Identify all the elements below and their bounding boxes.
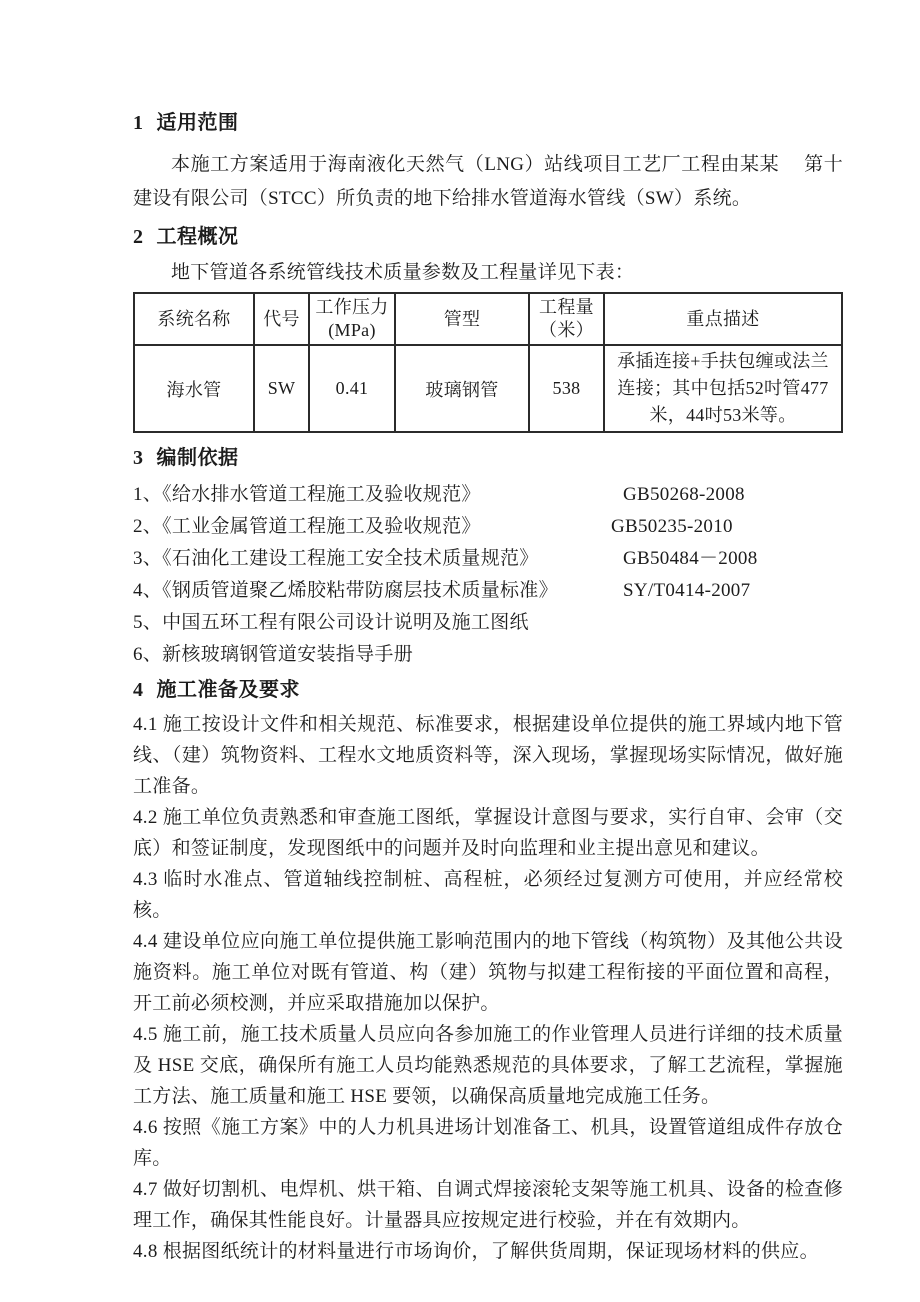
reference-label: 5、中国五环工程有限公司设计说明及施工图纸 — [133, 612, 529, 633]
table-header-row: 系统名称 代号 工作压力(MPa) 管型 工程量（米） 重点描述 — [134, 293, 842, 345]
clause-4-7: 4.7 做好切割机、电焊机、烘干箱、自调式焊接滚轮支架等施工机具、设备的检查修理… — [133, 1174, 843, 1236]
reference-label: 4、《钢质管道聚乙烯胶粘带防腐层技术质量标准》 — [133, 580, 558, 601]
reference-item: 4、《钢质管道聚乙烯胶粘带防腐层技术质量标准》 SY/T0414-2007 — [133, 575, 843, 607]
reference-label: 1、《给水排水管道工程施工及验收规范》 — [133, 484, 481, 505]
section-2-number: 2 — [133, 226, 144, 248]
reference-label: 6、新核玻璃钢管道安装指导手册 — [133, 644, 413, 665]
section-1-number: 1 — [133, 112, 144, 134]
section-1-heading: 1适用范围 — [133, 110, 843, 136]
clause-4-2: 4.2 施工单位负责熟悉和审查施工图纸，掌握设计意图与要求，实行自审、会审（交底… — [133, 802, 843, 864]
clause-4-1: 4.1 施工按设计文件和相关规范、标准要求，根据建设单位提供的施工界域内地下管线… — [133, 709, 843, 802]
reference-item: 5、中国五环工程有限公司设计说明及施工图纸 — [133, 607, 843, 639]
clause-4-3: 4.3 临时水准点、管道轴线控制桩、高程桩，必须经过复测方可使用，并应经常校核。 — [133, 864, 843, 926]
cell-pipe-type: 玻璃钢管 — [395, 345, 529, 432]
pipeline-parameters-table: 系统名称 代号 工作压力(MPa) 管型 工程量（米） 重点描述 — [133, 292, 843, 433]
reference-item: 6、新核玻璃钢管道安装指导手册 — [133, 639, 843, 671]
reference-standard-code: SY/T0414-2007 — [623, 575, 750, 607]
cell-quantity: 538 — [529, 345, 604, 432]
section-1-title: 适用范围 — [157, 112, 239, 134]
header-system-name: 系统名称 — [134, 293, 254, 345]
reference-standard-code: GB50268-2008 — [623, 479, 745, 511]
cell-working-pressure: 0.41 — [309, 345, 395, 432]
table-row: 海水管 SW 0.41 玻璃钢管 538 承插连接+手扶包缠或法兰连接；其中包括… — [134, 345, 842, 432]
cell-code: SW — [254, 345, 309, 432]
section-4-clauses: 4.1 施工按设计文件和相关规范、标准要求，根据建设单位提供的施工界域内地下管线… — [133, 709, 843, 1267]
clause-4-6: 4.6 按照《施工方案》中的人力机具进场计划准备工、机具，设置管道组成件存放仓库… — [133, 1112, 843, 1174]
section-3-heading: 3编制依据 — [133, 445, 843, 471]
header-quantity: 工程量（米） — [529, 293, 604, 345]
section-3-title: 编制依据 — [157, 447, 239, 469]
section-2-heading: 2工程概况 — [133, 224, 843, 250]
clause-4-4: 4.4 建设单位应向施工单位提供施工影响范围内的地下管线（构筑物）及其他公共设施… — [133, 926, 843, 1019]
header-code: 代号 — [254, 293, 309, 345]
section-4-number: 4 — [133, 679, 144, 701]
reference-label: 3、《石油化工建设工程施工安全技术质量规范》 — [133, 548, 539, 569]
section-4-title: 施工准备及要求 — [157, 679, 301, 701]
section-1-paragraph: 本施工方案适用于海南液化天然气（LNG）站线项目工艺厂工程由某某 第十建设有限公… — [133, 148, 843, 216]
reference-item: 3、《石油化工建设工程施工安全技术质量规范》 GB50484－2008 — [133, 543, 843, 575]
header-working-pressure: 工作压力(MPa) — [309, 293, 395, 345]
reference-label: 2、《工业金属管道工程施工及验收规范》 — [133, 516, 481, 537]
section-2-title: 工程概况 — [157, 226, 239, 248]
document-page: 1适用范围 本施工方案适用于海南液化天然气（LNG）站线项目工艺厂工程由某某 第… — [0, 0, 920, 1302]
header-pipe-type: 管型 — [395, 293, 529, 345]
reference-item: 2、《工业金属管道工程施工及验收规范》 GB50235-2010 — [133, 511, 843, 543]
cell-system-name: 海水管 — [134, 345, 254, 432]
header-description: 重点描述 — [604, 293, 842, 345]
clause-4-8: 4.8 根据图纸统计的材料量进行市场询价，了解供货周期，保证现场材料的供应。 — [133, 1236, 843, 1267]
section-3-number: 3 — [133, 447, 144, 469]
reference-standard-code: GB50235-2010 — [611, 511, 733, 543]
section-2-intro: 地下管道各系统管线技术质量参数及工程量详见下表： — [133, 258, 843, 288]
reference-standard-code: GB50484－2008 — [623, 543, 758, 575]
reference-list: 1、《给水排水管道工程施工及验收规范》 GB50268-2008 2、《工业金属… — [133, 479, 843, 671]
reference-item: 1、《给水排水管道工程施工及验收规范》 GB50268-2008 — [133, 479, 843, 511]
cell-description: 承插连接+手扶包缠或法兰连接；其中包括52吋管477米，44吋53米等。 — [604, 345, 842, 432]
clause-4-5: 4.5 施工前，施工技术质量人员应向各参加施工的作业管理人员进行详细的技术质量及… — [133, 1019, 843, 1112]
section-4-heading: 4施工准备及要求 — [133, 677, 843, 703]
